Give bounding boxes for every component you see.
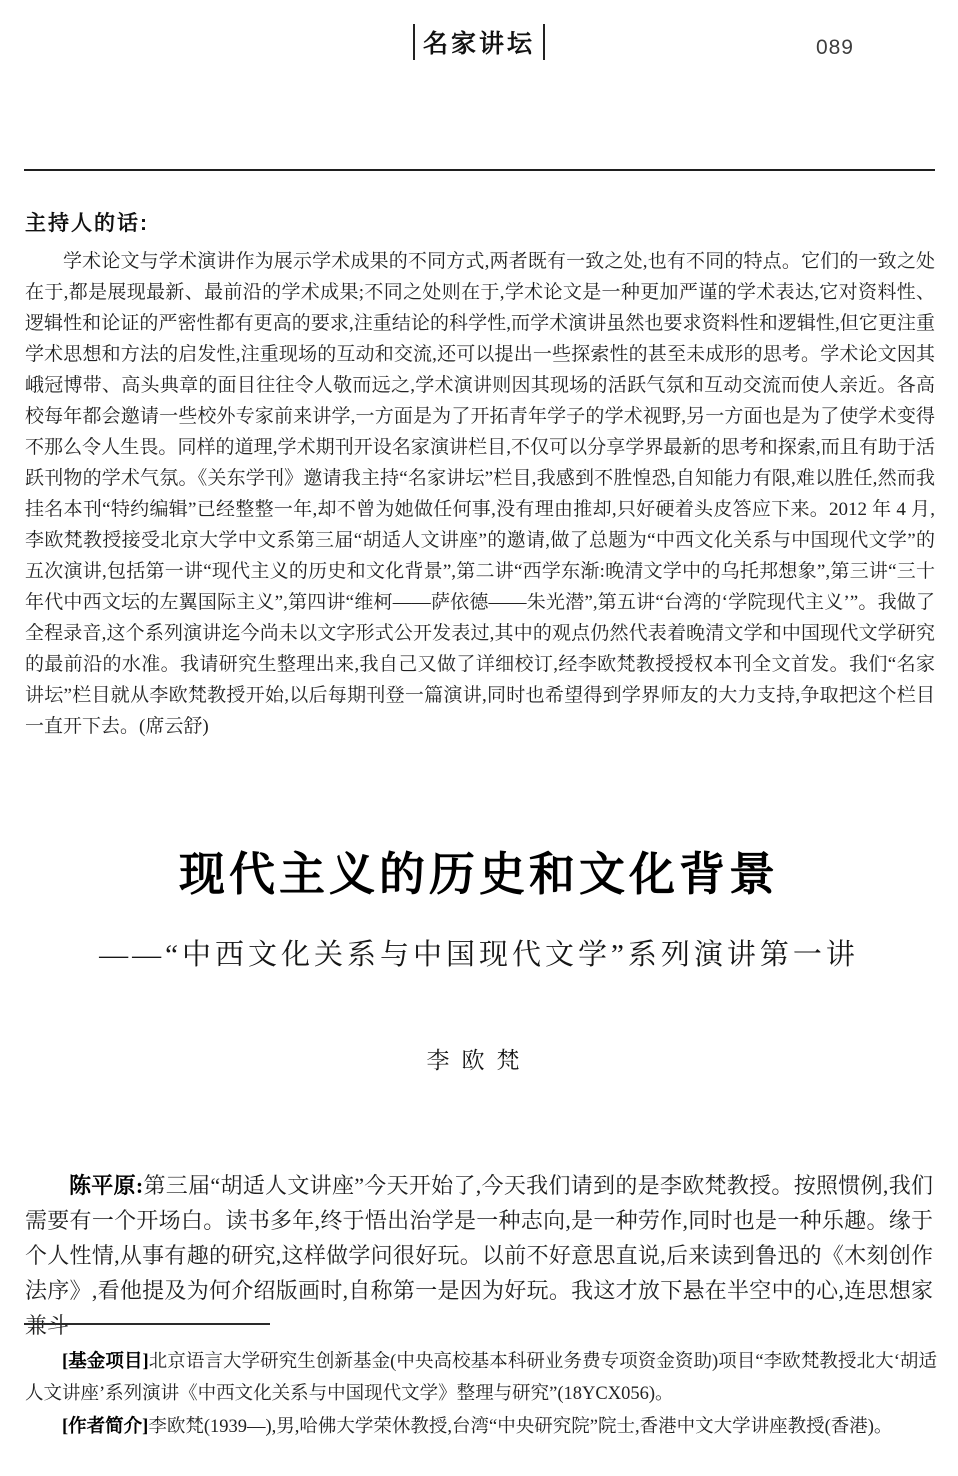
- fund-text: 北京语言大学研究生创新基金(中央高校基本科研业务费专项资金资助)项目“李欧梵教授…: [25, 1352, 937, 1404]
- fund-footnote: [基金项目]北京语言大学研究生创新基金(中央高校基本科研业务费专项资金资助)项目…: [25, 1346, 937, 1410]
- section-title: 名家讲坛: [423, 24, 535, 60]
- host-note-heading: 主持人的话:: [25, 207, 149, 237]
- footnotes: [基金项目]北京语言大学研究生创新基金(中央高校基本科研业务费专项资金资助)项目…: [25, 1346, 937, 1444]
- header-divider-left: [413, 24, 415, 60]
- footnote-divider: [24, 1323, 270, 1325]
- header-rule: [24, 169, 935, 171]
- section-header: 名家讲坛: [0, 24, 958, 60]
- author-footnote: [作者简介]李欧梵(1939—),男,哈佛大学荣休教授,台湾“中央研究院”院士,…: [25, 1411, 937, 1443]
- fund-label: [基金项目]: [62, 1352, 149, 1372]
- header-divider-right: [543, 24, 545, 60]
- article-subtitle: ——“中西文化关系与中国现代文学”系列演讲第一讲: [0, 932, 958, 973]
- speaker-name: 陈平原:: [69, 1173, 143, 1198]
- page-number: 089: [816, 36, 854, 60]
- lecture-paragraph: 陈平原:第三届“胡适人文讲座”今天开始了,今天我们请到的是李欧梵教授。按照惯例,…: [25, 1168, 933, 1343]
- author-bio-text: 李欧梵(1939—),男,哈佛大学荣休教授,台湾“中央研究院”院士,香港中文大学…: [148, 1417, 892, 1437]
- article-author: 李欧梵: [0, 1042, 958, 1075]
- host-note-body: 学术论文与学术演讲作为展示学术成果的不同方式,两者既有一致之处,也有不同的特点。…: [25, 246, 935, 742]
- article-title: 现代主义的历史和文化背景: [0, 838, 958, 904]
- author-bio-label: [作者简介]: [62, 1417, 148, 1437]
- journal-page: 名家讲坛 089 主持人的话: 学术论文与学术演讲作为展示学术成果的不同方式,两…: [0, 0, 958, 1476]
- lecture-text: 第三届“胡适人文讲座”今天开始了,今天我们请到的是李欧梵教授。按照惯例,我们需要…: [25, 1173, 933, 1338]
